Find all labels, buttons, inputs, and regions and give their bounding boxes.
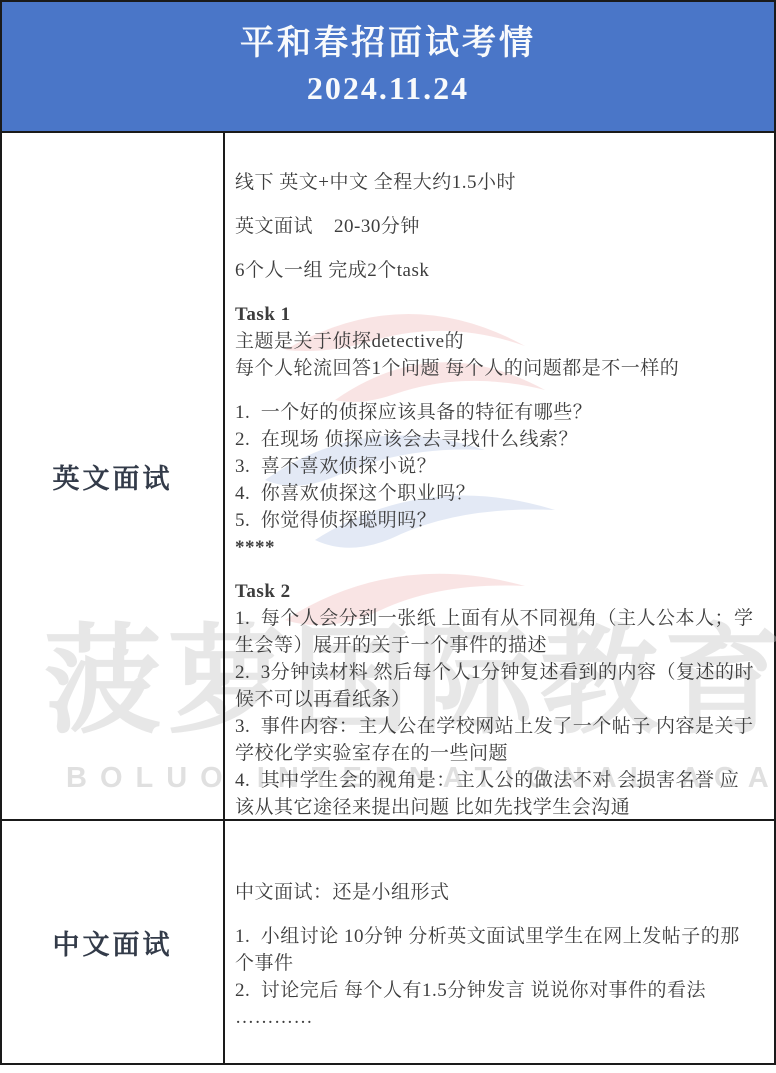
text-line xyxy=(235,196,758,213)
chinese-interview-label: 中文面试 xyxy=(53,923,173,962)
text-line: 2. 3分钟读材料 然后每个人1分钟复述看到的内容（复述的时候不可以再看纸条） xyxy=(235,659,758,713)
text-line: 2. 讨论完后 每个人有1.5分钟发言 说说你对事件的看法 xyxy=(235,977,758,1004)
text-line: 4. 你喜欢侦探这个职业吗？ xyxy=(235,480,758,507)
text-line: 线下 英文+中文 全程大约1.5小时 xyxy=(235,169,758,196)
text-line: 6个人一组 完成2个task xyxy=(235,257,758,284)
text-line: 1. 每个人会分到一张纸 上面有从不同视角（主人公本人；学生会等）展开的关于一个… xyxy=(235,605,758,659)
text-line: 2. 在现场 侦探应该会去寻找什么线索？ xyxy=(235,426,758,453)
text-line xyxy=(235,382,758,399)
text-line: 主题是关于侦探detective的 xyxy=(235,328,758,355)
text-line: 3. 事件内容：主人公在学校网站上发了一个帖子 内容是关于学校化学实验室存在的一… xyxy=(235,713,758,767)
english-interview-label-cell: 英文面试 xyxy=(2,133,225,819)
text-line: Task 1 xyxy=(235,301,758,328)
row-english-interview: 英文面试 线下 英文+中文 全程大约1.5小时英文面试 20-30分钟6个人一组… xyxy=(2,133,774,821)
text-line: 4. 其中学生会的视角是：主人公的做法不对 会损害名誉 应该从其它途径来提出问题… xyxy=(235,767,758,821)
chinese-interview-label-cell: 中文面试 xyxy=(2,821,225,1063)
chinese-interview-content: 中文面试：还是小组形式1. 小组讨论 10分钟 分析英文面试里学生在网上发帖子的… xyxy=(225,821,774,1063)
text-line: 每个人轮流回答1个问题 每个人的问题都是不一样的 xyxy=(235,355,758,382)
page-title: 平和春招面试考情 xyxy=(2,22,774,66)
text-line xyxy=(235,561,758,578)
text-line: 5. 你觉得侦探聪明吗？ xyxy=(235,507,758,534)
english-interview-content: 线下 英文+中文 全程大约1.5小时英文面试 20-30分钟6个人一组 完成2个… xyxy=(225,133,774,819)
text-line: 英文面试 20-30分钟 xyxy=(235,213,758,240)
title-banner: 平和春招面试考情 2024.11.24 xyxy=(2,2,774,133)
page-date: 2024.11.24 xyxy=(2,70,774,107)
page: 菠萝国际教育 BOLUO INTERNATIONAL ACADEMY 平和春招面… xyxy=(0,0,776,1073)
text-line: 中文面试：还是小组形式 xyxy=(235,879,758,906)
text-line: ………… xyxy=(235,1004,758,1031)
text-line: 3. 喜不喜欢侦探小说？ xyxy=(235,453,758,480)
text-line: 1. 小组讨论 10分钟 分析英文面试里学生在网上发帖子的那个事件 xyxy=(235,923,758,977)
text-line: Task 2 xyxy=(235,578,758,605)
english-interview-label: 英文面试 xyxy=(53,457,173,496)
text-line xyxy=(235,240,758,257)
row-chinese-interview: 中文面试 中文面试：还是小组形式1. 小组讨论 10分钟 分析英文面试里学生在网… xyxy=(2,821,774,1063)
document-sheet: 平和春招面试考情 2024.11.24 英文面试 线下 英文+中文 全程大约1.… xyxy=(0,0,776,1065)
text-line xyxy=(235,906,758,923)
text-line xyxy=(235,284,758,301)
text-line: 1. 一个好的侦探应该具备的特征有哪些？ xyxy=(235,399,758,426)
text-line: **** xyxy=(235,534,758,561)
